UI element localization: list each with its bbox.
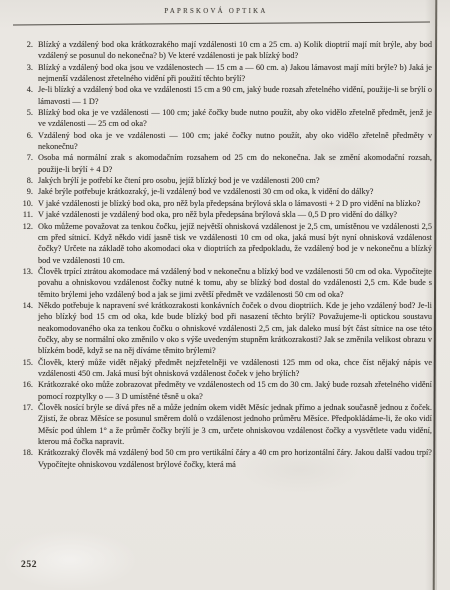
problems-list: 2.Blízký a vzdálený bod oka krátkozrakéh… [15,39,432,470]
problem-item-17: 17.Člověk nosící brýle se dívá přes ně a… [15,402,432,447]
problem-item-12: 12.Oko můžeme považovat za tenkou čočku,… [15,221,432,266]
problem-text: Blízký a vzdálený bod oka krátkozrakého … [38,39,432,62]
problem-text: Člověk trpící ztrátou akomodace má vzdál… [38,266,432,300]
problem-item-13: 13.Člověk trpící ztrátou akomodace má vz… [15,266,432,300]
problem-number: 15. [15,357,38,380]
problem-item-11: 11.V jaké vzdálenosti je vzdálený bod ok… [15,209,432,220]
problem-number: 9. [15,186,38,197]
problem-item-6: 6.Vzdálený bod oka je ve vzdálenosti — 1… [15,130,432,153]
problem-text: Jakých brýlí je potřebí ke čtení pro oso… [38,175,432,186]
problem-item-14: 14.Někdo potřebuje k napravení své krátk… [15,300,432,357]
problem-number: 3. [15,62,38,85]
scanned-book-page: PAPRSKOVÁ OPTIKA 2.Blízký a vzdálený bod… [0,0,450,590]
problem-text: Osoba má normální zrak s akomodačním roz… [38,152,432,175]
problem-item-3: 3.Blízký a vzdálený bod oka jsou ve vzdá… [15,62,432,85]
problem-number: 17. [15,402,38,447]
problem-number: 13. [15,266,38,300]
problem-item-7: 7.Osoba má normální zrak s akomodačním r… [15,152,432,175]
running-head-title: PAPRSKOVÁ OPTIKA [0,8,432,15]
problem-item-16: 16.Krátkozraké oko může zobrazovat předm… [15,379,432,402]
problem-text: Někdo potřebuje k napravení své krátkozr… [38,300,432,357]
problem-text: Oko můžeme považovat za tenkou čočku, je… [38,221,432,266]
problem-text: Vzdálený bod oka je ve vzdálenosti — 100… [38,130,432,153]
problem-text: Krátkozraký člověk má vzdálený bod 50 cm… [38,447,432,470]
problem-item-5: 5.Blízký bod oka je ve vzdálenosti — 100… [15,107,432,130]
problem-item-4: 4.Je-li blízký a vzdálený bod oka ve vzd… [15,84,432,107]
problem-number: 7. [15,152,38,175]
problem-item-10: 10.V jaké vzdálenosti je blízký bod oka,… [15,198,432,209]
problem-item-18: 18.Krátkozraký člověk má vzdálený bod 50… [15,447,432,470]
problem-number: 16. [15,379,38,402]
problem-text: Člověk, který může vidět nějaký předmět … [38,357,432,380]
problem-text: Je-li blízký a vzdálený bod oka ve vzdál… [38,84,432,107]
header-rule [13,22,430,26]
problem-number: 14. [15,300,38,357]
problem-number: 4. [15,84,38,107]
problem-text: Člověk nosící brýle se dívá přes ně a mů… [38,402,432,447]
page-number: 252 [21,560,37,570]
problem-number: 12. [15,221,38,266]
problem-number: 10. [15,198,38,209]
problem-number: 2. [15,39,38,62]
problem-text: Blízký a vzdálený bod oka jsou ve vzdále… [38,62,432,85]
problem-text: V jaké vzdálenosti je blízký bod oka, pr… [38,198,432,209]
problem-number: 18. [15,447,38,470]
problem-item-8: 8.Jakých brýlí je potřebí ke čtení pro o… [15,175,432,186]
problem-number: 8. [15,175,38,186]
problem-text: Jaké brýle potřebuje krátkozraký, je-li … [38,186,432,197]
problem-item-2: 2.Blízký a vzdálený bod oka krátkozrakéh… [15,39,432,62]
problem-text: Krátkozraké oko může zobrazovat předměty… [38,379,432,402]
problem-item-9: 9.Jaké brýle potřebuje krátkozraký, je-l… [15,186,432,197]
problem-number: 6. [15,130,38,153]
problem-number: 5. [15,107,38,130]
problem-text: V jaké vzdálenosti je vzdálený bod oka, … [38,209,432,220]
problem-text: Blízký bod oka je ve vzdálenosti — 100 c… [38,107,432,130]
problem-item-15: 15.Člověk, který může vidět nějaký předm… [15,357,432,380]
problem-number: 11. [15,209,38,220]
